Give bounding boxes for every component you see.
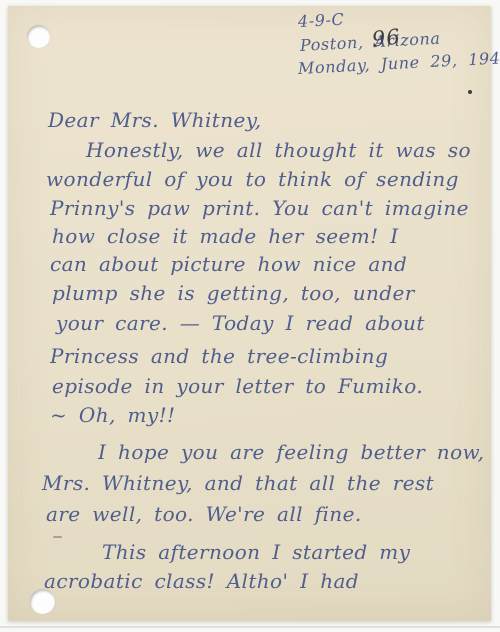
body-line: acrobatic class! Altho' I had (44, 571, 359, 591)
body-line: episode in your letter to Fumiko. (52, 376, 423, 396)
header-address-code: 4-9-C (298, 12, 345, 30)
page-number-pencil: 96 (371, 27, 402, 51)
body-line: This afternoon I started my (102, 542, 410, 562)
punch-hole-top (27, 25, 50, 48)
ink-speck (468, 90, 472, 94)
body-line: plump she is getting, too, under (52, 283, 415, 303)
pencil-speck (53, 536, 62, 538)
body-line: Princess and the tree-climbing (50, 346, 388, 366)
body-line: ~ Oh, my!! (50, 405, 175, 425)
body-line: I hope you are feeling better now, (98, 442, 484, 462)
body-line: wonderful of you to think of sending (46, 169, 459, 189)
body-line: are well, too. We're all fine. (46, 504, 362, 524)
salutation: Dear Mrs. Whitney, (48, 110, 262, 130)
body-line: your care. — Today I read about (56, 313, 425, 333)
body-line: how close it made her seem! I (52, 226, 399, 246)
letter-scan: 4-9-C Poston, Arizona 96 Monday, June 29… (0, 0, 500, 632)
body-line: Prinny's paw print. You can't imagine (50, 198, 469, 218)
body-line: can about picture how nice and (50, 254, 407, 274)
body-line: Honestly, we all thought it was so (86, 140, 471, 160)
body-line: Mrs. Whitney, and that all the rest (42, 473, 434, 493)
scan-edge-shadow (0, 626, 500, 628)
